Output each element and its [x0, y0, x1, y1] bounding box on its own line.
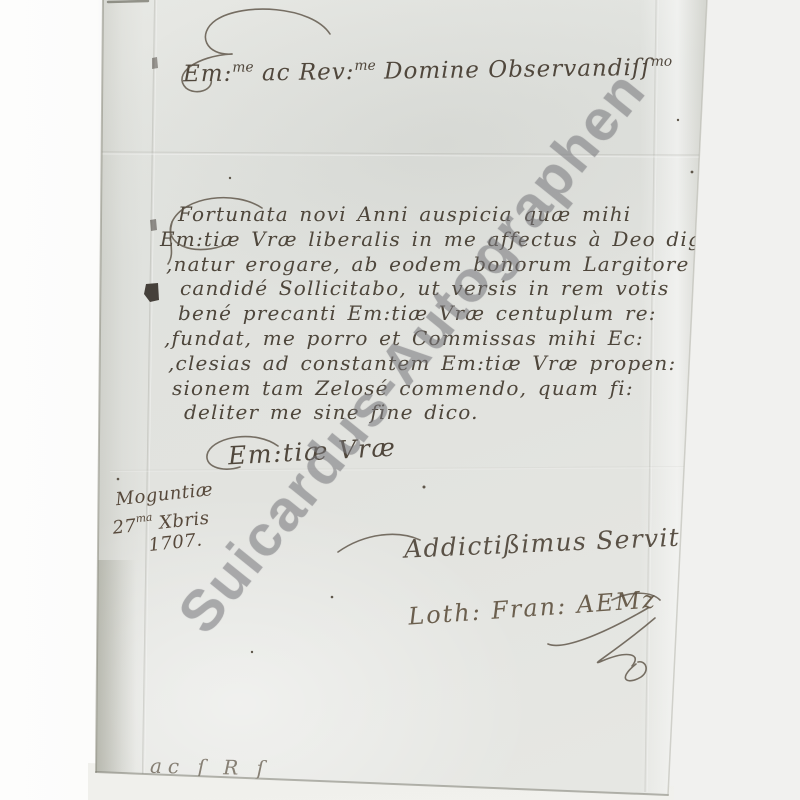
right-paper-edge — [668, 0, 707, 795]
left-paper-edge — [96, 0, 103, 772]
letter-photograph: Em:me ac Rev:me Domine Observandiſſmo Fo… — [0, 0, 800, 800]
bottom-paper-edge — [96, 772, 668, 795]
paper-edges — [0, 0, 800, 800]
top-edge-shadow-sliver — [108, 1, 148, 2]
